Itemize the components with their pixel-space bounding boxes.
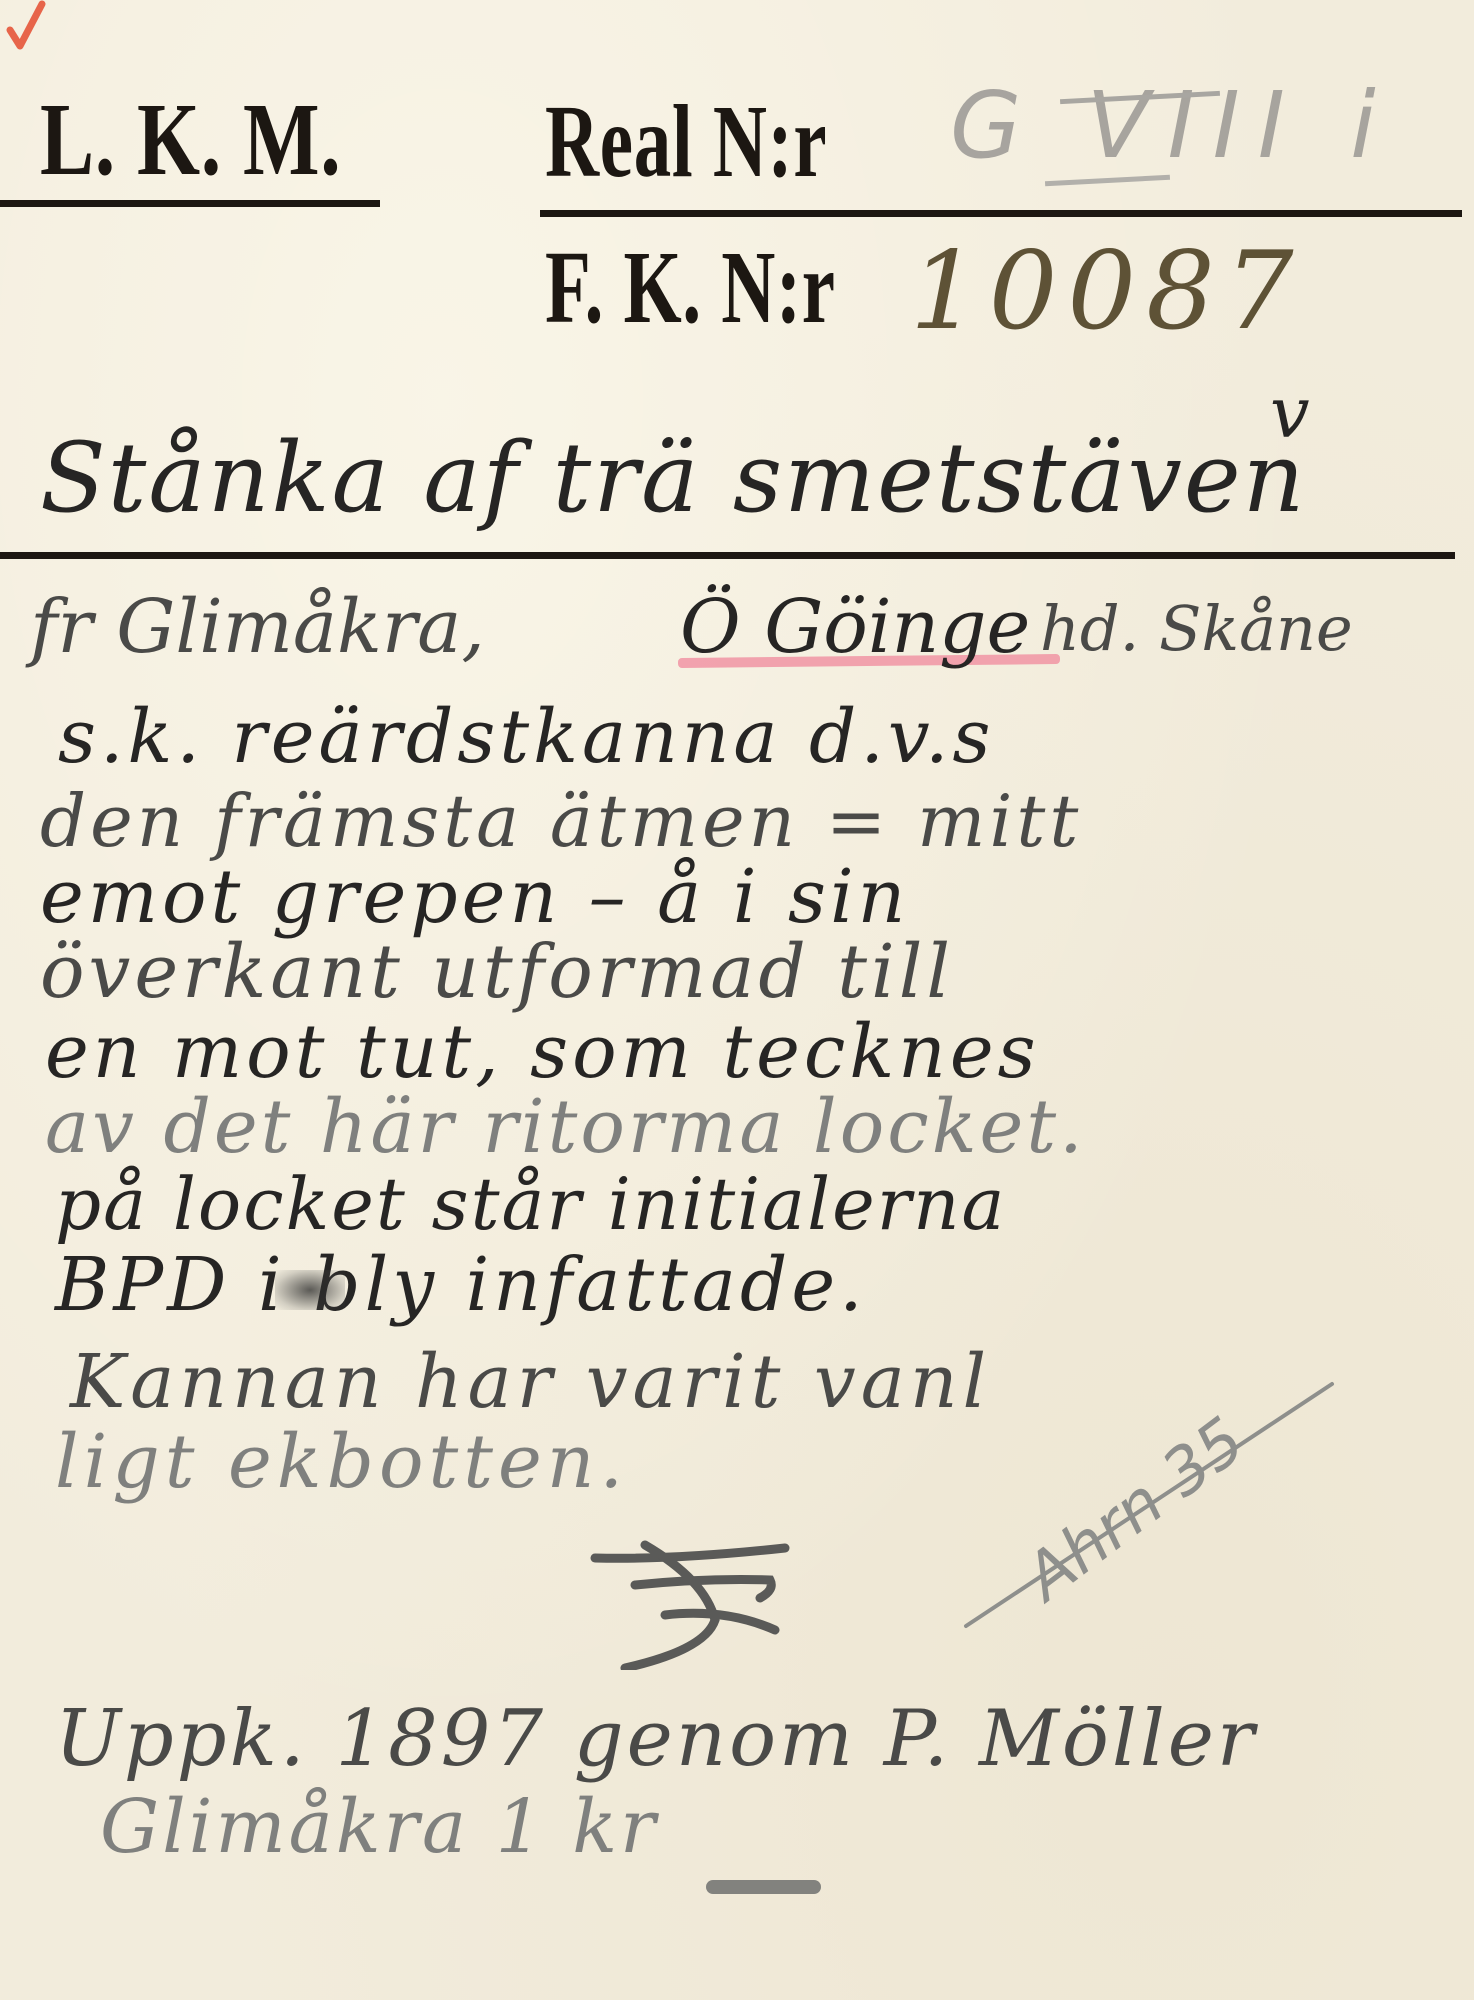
real-nr-label: Real N:r <box>545 90 827 194</box>
body-line: ligt ekbotten. <box>55 1425 628 1499</box>
origin-district: Ö Göinge <box>680 590 1030 664</box>
lkm-label: L. K. M. <box>40 88 341 192</box>
check-mark-icon <box>4 0 48 52</box>
ink-blot <box>275 1270 345 1310</box>
body-line: emot grepen – å i sin <box>40 860 909 934</box>
acquisition-place-price: Glimåkra 1 kr <box>100 1790 658 1864</box>
body-line: överkant utformad till <box>40 935 954 1009</box>
acquisition-line: Uppk. 1897 genom P. Möller <box>55 1700 1257 1778</box>
body-line: den främsta ätmen = mitt <box>40 785 1082 857</box>
fk-nr-value: 10087 <box>910 238 1304 346</box>
body-line: på locket står initialerna <box>55 1168 1006 1240</box>
title-rule <box>0 552 1455 559</box>
monogram-icon <box>585 1530 805 1670</box>
fk-nr-label: F. K. N:r <box>545 236 836 340</box>
body-line: s.k. reärdstkanna d.v.s <box>58 700 994 774</box>
body-line: en mot tut, som tecknes <box>45 1015 1040 1089</box>
real-nr-rule <box>540 210 1462 217</box>
body-line: BPD i bly infattade. <box>55 1248 867 1322</box>
object-title: Stånka af trä smetstäven <box>40 430 1306 526</box>
body-line: Kannan har varit vanl <box>70 1345 991 1419</box>
origin-place: fr Glimåkra, <box>30 590 485 664</box>
body-line: av det här ritorma locket. <box>45 1090 1086 1164</box>
footer-underline <box>706 1880 821 1894</box>
lkm-rule <box>0 200 380 207</box>
origin-region: hd. Skåne <box>1040 598 1353 660</box>
